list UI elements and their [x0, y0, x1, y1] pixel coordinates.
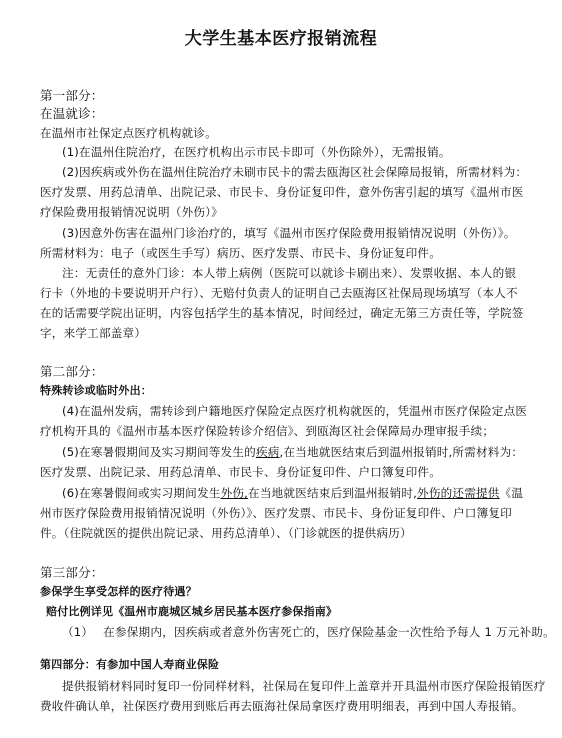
- part4-line1: 提供报销材料同时复印一份同样材料，社保局在复印件上盖章并开具温州市医疗保险报销医…: [62, 678, 546, 694]
- part2-item5-line1: (5)在寒暑假期间及实习期间等发生的疾病,在当地就医结束后到温州报销时,所需材料…: [62, 444, 523, 460]
- part2-item4-line2: 疗机构开具的《温州市基本医疗保险转诊介绍信》、到瓯海区社会保障局办理审报手续；: [40, 423, 494, 439]
- item1-number: （1）: [62, 625, 93, 639]
- item1-text: 在参保期内，因疾病或者意外伤害死亡的，医疗保险基金一次性给予每人 1 万元补助。: [103, 625, 555, 639]
- part1-note-line3: 在的话需要学院出证明，内容包括学生的基本情况，时间经过，确定无第三方责任等，学院…: [40, 305, 524, 321]
- item5-suffix: ,在当地就医结束后到温州报销时,所需材料为：: [280, 445, 524, 459]
- part1-item2-line2: 医疗发票、用药总清单、出院记录、市民卡、身份证复印件，意外伤害引起的填写《温州市…: [40, 184, 524, 200]
- part1-note-line1: 注：无责任的意外门诊：本人带上病例（医院可以就诊卡刷出来）、发票收据、本人的银: [62, 265, 516, 281]
- part2-subheading: 特殊转诊或临时外出：: [40, 383, 152, 399]
- part1-heading: 第一部分：: [40, 88, 104, 104]
- part1-intro: 在温州市社保定点医疗机构就诊。: [40, 125, 217, 141]
- part2-item6-line3: 件。（住院就医的提供出院记录、用药总清单）、（门诊就医的提供病历）: [40, 525, 412, 541]
- part1-item1: (1)在温州住院治疗，在医疗机构出示市民卡即可（外伤除外），无需报销。: [62, 144, 451, 160]
- part1-item3-line1: (3)因意外伤害在温州门诊治疗的，填写《温州市医疗保险费用报销情况说明（外伤）》…: [62, 225, 516, 241]
- part2-item5-line2: 医疗发票、出院记录、用药总清单、市民卡、身份证复印件、户口簿复印件。: [40, 464, 441, 480]
- part2-item6-line1: (6)在寒暑假间或实习期间发生外伤,在当地就医结束后到温州报销时,外伤的还需提供…: [62, 485, 523, 501]
- part1-item2-line1: (2)因疾病或外伤在温州住院治疗未刷市民卡的需去瓯海区社会保障局报销，所需材料为…: [62, 164, 527, 180]
- part4-heading: 第四部分：有参加中国人寿商业保险: [40, 657, 219, 673]
- part2-heading: 第二部分：: [40, 364, 104, 380]
- part1-note-line2: 行卡（外地的卡要说明开户行）、无赔付负责人的证明自己去瓯海区社保局现场填写（本人…: [40, 285, 518, 301]
- item6-underlined-extra: 外伤的还需提供: [417, 486, 500, 500]
- item6-underlined-injury: 外伤,: [221, 486, 248, 500]
- item5-underlined-illness: 疾病: [256, 445, 280, 459]
- page-title: 大学生基本医疗报销流程: [0, 24, 562, 49]
- part4-line2: 费收件确认单，社保医疗费用到账后再去瓯海社保局拿医疗费用明细表，再到中国人寿报销…: [40, 698, 524, 714]
- part2-item6-line2: 州市医疗保险费用报销情况说明（外伤）》、医疗发票、市民卡、身份证复印件、户口簿复…: [40, 505, 512, 521]
- item6-suffix: 《温: [500, 486, 524, 500]
- part3-heading: 第三部分：: [40, 565, 104, 581]
- part2-item4-line1: (4)在温州发病，需转诊到户籍地医疗保险定点医疗机构就医的，凭温州市医疗保险定点…: [62, 403, 527, 419]
- part1-item3-line2: 所需材料为：电子（或医生手写）病历、医疗发票、市民卡、身份证复印件。: [40, 245, 441, 261]
- item6-prefix: (6)在寒暑假间或实习期间发生: [62, 486, 221, 500]
- part1-subheading: 在温就诊：: [40, 106, 104, 122]
- item5-prefix: (5)在寒暑假期间及实习期间等发生的: [62, 445, 256, 459]
- part1-item2-line3: 疗保险费用报销情况说明（外伤）》: [40, 204, 223, 220]
- part3-item1: （1）在参保期内，因疾病或者意外伤害死亡的，医疗保险基金一次性给予每人 1 万元…: [62, 624, 555, 640]
- part3-subheading: 参保学生享受怎样的医疗待遇？: [40, 584, 197, 600]
- part3-ratio-line: 赔付比例详见《温州市鹿城区城乡居民基本医疗参保指南》: [46, 604, 337, 620]
- part1-note-line4: 字，来学工部盖章）: [40, 325, 146, 341]
- item6-mid: 在当地就医结束后到温州报销时,: [248, 486, 417, 500]
